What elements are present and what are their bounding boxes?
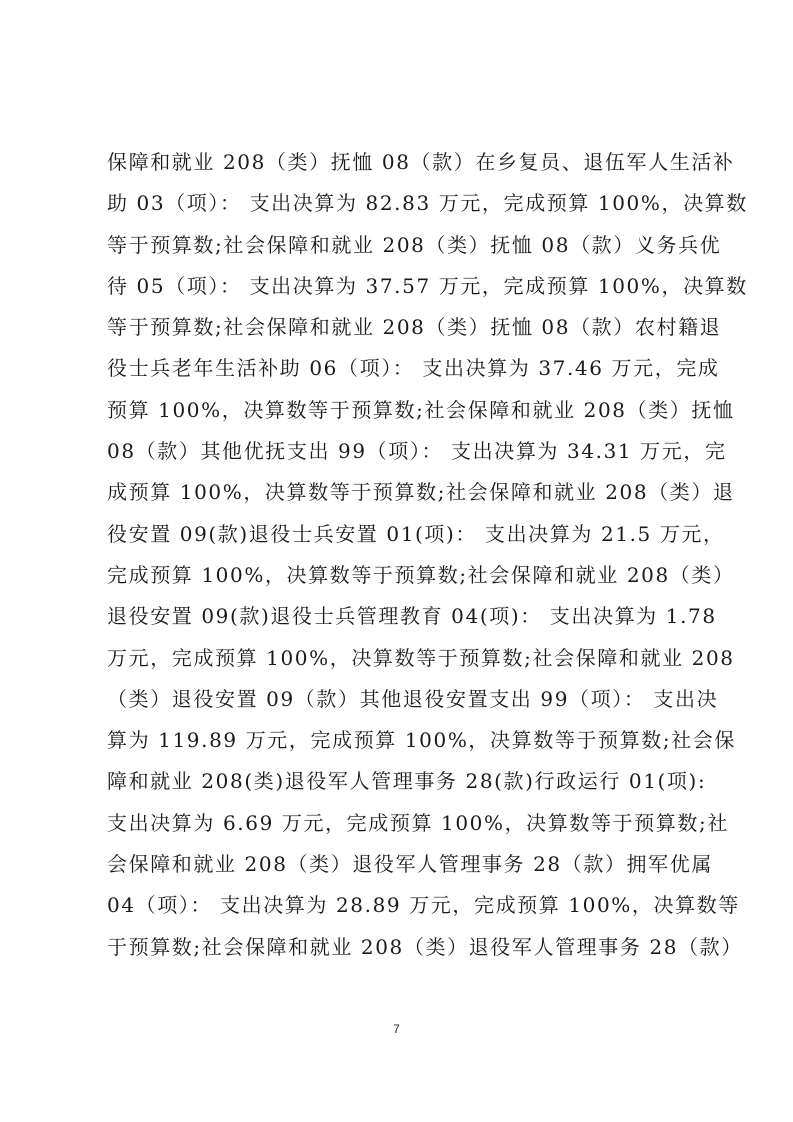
text-line: 于预算数;社会保障和就业 208（类）退役军人管理事务 28（款） (107, 927, 695, 968)
text-line: 会保障和就业 208（类）退役军人管理事务 28（款）拥军优属 (107, 844, 695, 885)
text-line: 障和就业 208(类)退役军人管理事务 28(款)行政运行 01(项): (107, 761, 695, 802)
page-number: 7 (0, 1022, 793, 1036)
text-line: 退役安置 09(款)退役士兵管理教育 04(项)： 支出决算为 1.78 (107, 596, 695, 637)
body-paragraph: 保障和就业 208（类）抚恤 08（款）在乡复员、退伍军人生活补 助 03（项）… (107, 142, 697, 968)
text-line: 役士兵老年生活补助 06（项）： 支出决算为 37.46 万元，完成 (107, 348, 695, 389)
text-line: 完成预算 100%，决算数等于预算数;社会保障和就业 208（类） (107, 555, 695, 596)
text-line: 支出决算为 6.69 万元，完成预算 100%，决算数等于预算数;社 (107, 803, 695, 844)
text-line: 成预算 100%，决算数等于预算数;社会保障和就业 208（类）退 (107, 472, 695, 513)
text-line: 等于预算数;社会保障和就业 208（类）抚恤 08（款）义务兵优 (107, 225, 695, 266)
text-line: 04（项）： 支出决算为 28.89 万元，完成预算 100%，决算数等 (107, 885, 695, 926)
text-line: （类）退役安置 09（款）其他退役安置支出 99（项）： 支出决 (107, 679, 695, 720)
text-line: 待 05（项）： 支出决算为 37.57 万元，完成预算 100%，决算数 (107, 266, 695, 307)
text-line: 保障和就业 208（类）抚恤 08（款）在乡复员、退伍军人生活补 (107, 142, 695, 183)
document-page: 保障和就业 208（类）抚恤 08（款）在乡复员、退伍军人生活补 助 03（项）… (0, 0, 793, 1122)
text-line: 算为 119.89 万元，完成预算 100%，决算数等于预算数;社会保 (107, 720, 695, 761)
text-line: 预算 100%，决算数等于预算数;社会保障和就业 208（类）抚恤 (107, 390, 695, 431)
text-line: 等于预算数;社会保障和就业 208（类）抚恤 08（款）农村籍退 (107, 307, 695, 348)
text-line: 役安置 09(款)退役士兵安置 01(项)： 支出决算为 21.5 万元， (107, 514, 695, 555)
text-line: 08（款）其他优抚支出 99（项）： 支出决算为 34.31 万元，完 (107, 431, 695, 472)
text-line: 万元，完成预算 100%，决算数等于预算数;社会保障和就业 208 (107, 638, 695, 679)
text-line: 助 03（项）： 支出决算为 82.83 万元，完成预算 100%，决算数 (107, 183, 695, 224)
